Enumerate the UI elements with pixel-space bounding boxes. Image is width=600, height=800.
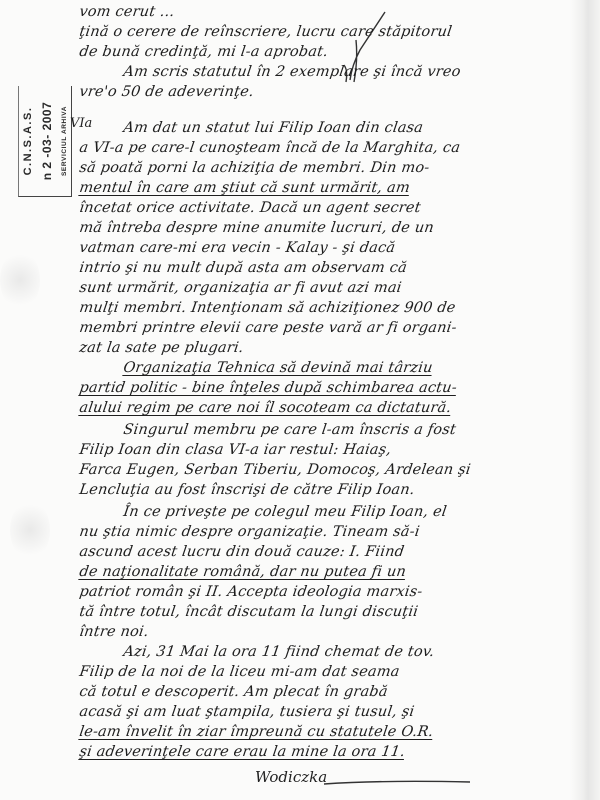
text-line: zat la sate pe plugari. — [78, 338, 245, 358]
text-line: acasă şi am luat ştampila, tusiera şi tu… — [78, 702, 416, 722]
text-line: Am scris statutul în 2 exemplare şi încă… — [78, 62, 462, 82]
text-line: vom cerut ... — [78, 2, 176, 22]
text-line: ţină o cerere de reînscriere, lucru care… — [78, 22, 453, 42]
text-line: încetat orice activitate. Dacă un agent … — [78, 198, 422, 218]
text-line: nu ştia nimic despre organizaţie. Tineam… — [78, 522, 421, 542]
text-line: ascund acest lucru din două cauze: I. Fi… — [78, 542, 406, 562]
text-line: intrio şi nu mult după asta am observam … — [78, 258, 408, 278]
text-line-underlined: partid politic - bine înţeles după schim… — [78, 378, 458, 398]
text-line: să poată porni la achiziţia de membri. D… — [78, 158, 431, 178]
text-line: între noi. — [78, 622, 150, 642]
text-line: Azi, 31 Mai la ora 11 fiind chemat de to… — [78, 642, 436, 662]
scan-smudge — [0, 250, 40, 310]
signature: Wodiczka — [255, 768, 327, 786]
text-line: mă întreba despre mine anumite lucruri, … — [78, 218, 435, 238]
text-line: În ce priveşte pe colegul meu Filip Ioan… — [78, 502, 448, 522]
stamp-institution: C.N.S.A.S. — [22, 107, 34, 176]
text-line: sunt urmărit, organizaţia ar fi avut azi… — [78, 278, 403, 298]
text-line: vatman care-mi era vecin - Kalay - şi da… — [78, 238, 397, 258]
scan-smudge — [10, 500, 50, 560]
text-line: Singurul membru pe care l-am înscris a f… — [78, 420, 457, 440]
scanned-document-page: C.N.S.A.S. n 2 -03- 2007 SERVICIUL ARHIV… — [0, 0, 600, 800]
text-line: Filip Ioan din clasa VI-a iar restul: Ha… — [78, 440, 393, 460]
archive-stamp: C.N.S.A.S. n 2 -03- 2007 SERVICIUL ARHIV… — [18, 86, 72, 197]
text-line-underlined: şi adeverinţele care erau la mine la ora… — [78, 742, 406, 762]
text-line: Am dat un statut lui Filip Ioan din clas… — [78, 118, 424, 138]
scan-edge-shadow — [570, 0, 600, 800]
text-line-underlined: de naţionalitate română, dar nu putea fi… — [78, 562, 407, 582]
text-line-underlined: alului regim pe care noi îl socoteam ca … — [78, 398, 453, 418]
text-line: tă între totul, încât discutam la lungi … — [78, 602, 419, 622]
stamp-department: SERVICIUL ARHIVA — [61, 106, 68, 176]
text-line: că totul e descoperit. Am plecat în grab… — [78, 682, 389, 702]
text-line: de bună credinţă, mi l-a aprobat. — [78, 42, 329, 62]
text-line-underlined: mentul în care am ştiut că sunt urmărit,… — [78, 178, 411, 198]
text-line: a VI-a pe care-l cunoşteam încă de la Ma… — [78, 138, 462, 158]
text-line-underlined: Organizaţia Tehnica să devină mai târziu — [78, 358, 434, 378]
signature-underline-stroke — [322, 778, 472, 790]
text-line: mulţi membri. Intenţionam să achiziţione… — [78, 298, 457, 318]
text-line: vre'o 50 de adeverinţe. — [78, 82, 255, 102]
text-line: Lencluţia au fost înscrişi de către Fili… — [78, 480, 416, 500]
text-line-underlined: le-am învelit în ziar împreună cu statut… — [78, 722, 435, 742]
stamp-date: n 2 -03- 2007 — [40, 102, 54, 181]
text-line: Filip de la noi de la liceu mi-am dat se… — [78, 662, 401, 682]
text-line: membri printre elevii care peste vară ar… — [78, 318, 458, 338]
text-line: Farca Eugen, Serban Tiberiu, Domocoş, Ar… — [78, 460, 472, 480]
text-line: patriot român şi II. Accepta ideologia m… — [78, 582, 424, 602]
